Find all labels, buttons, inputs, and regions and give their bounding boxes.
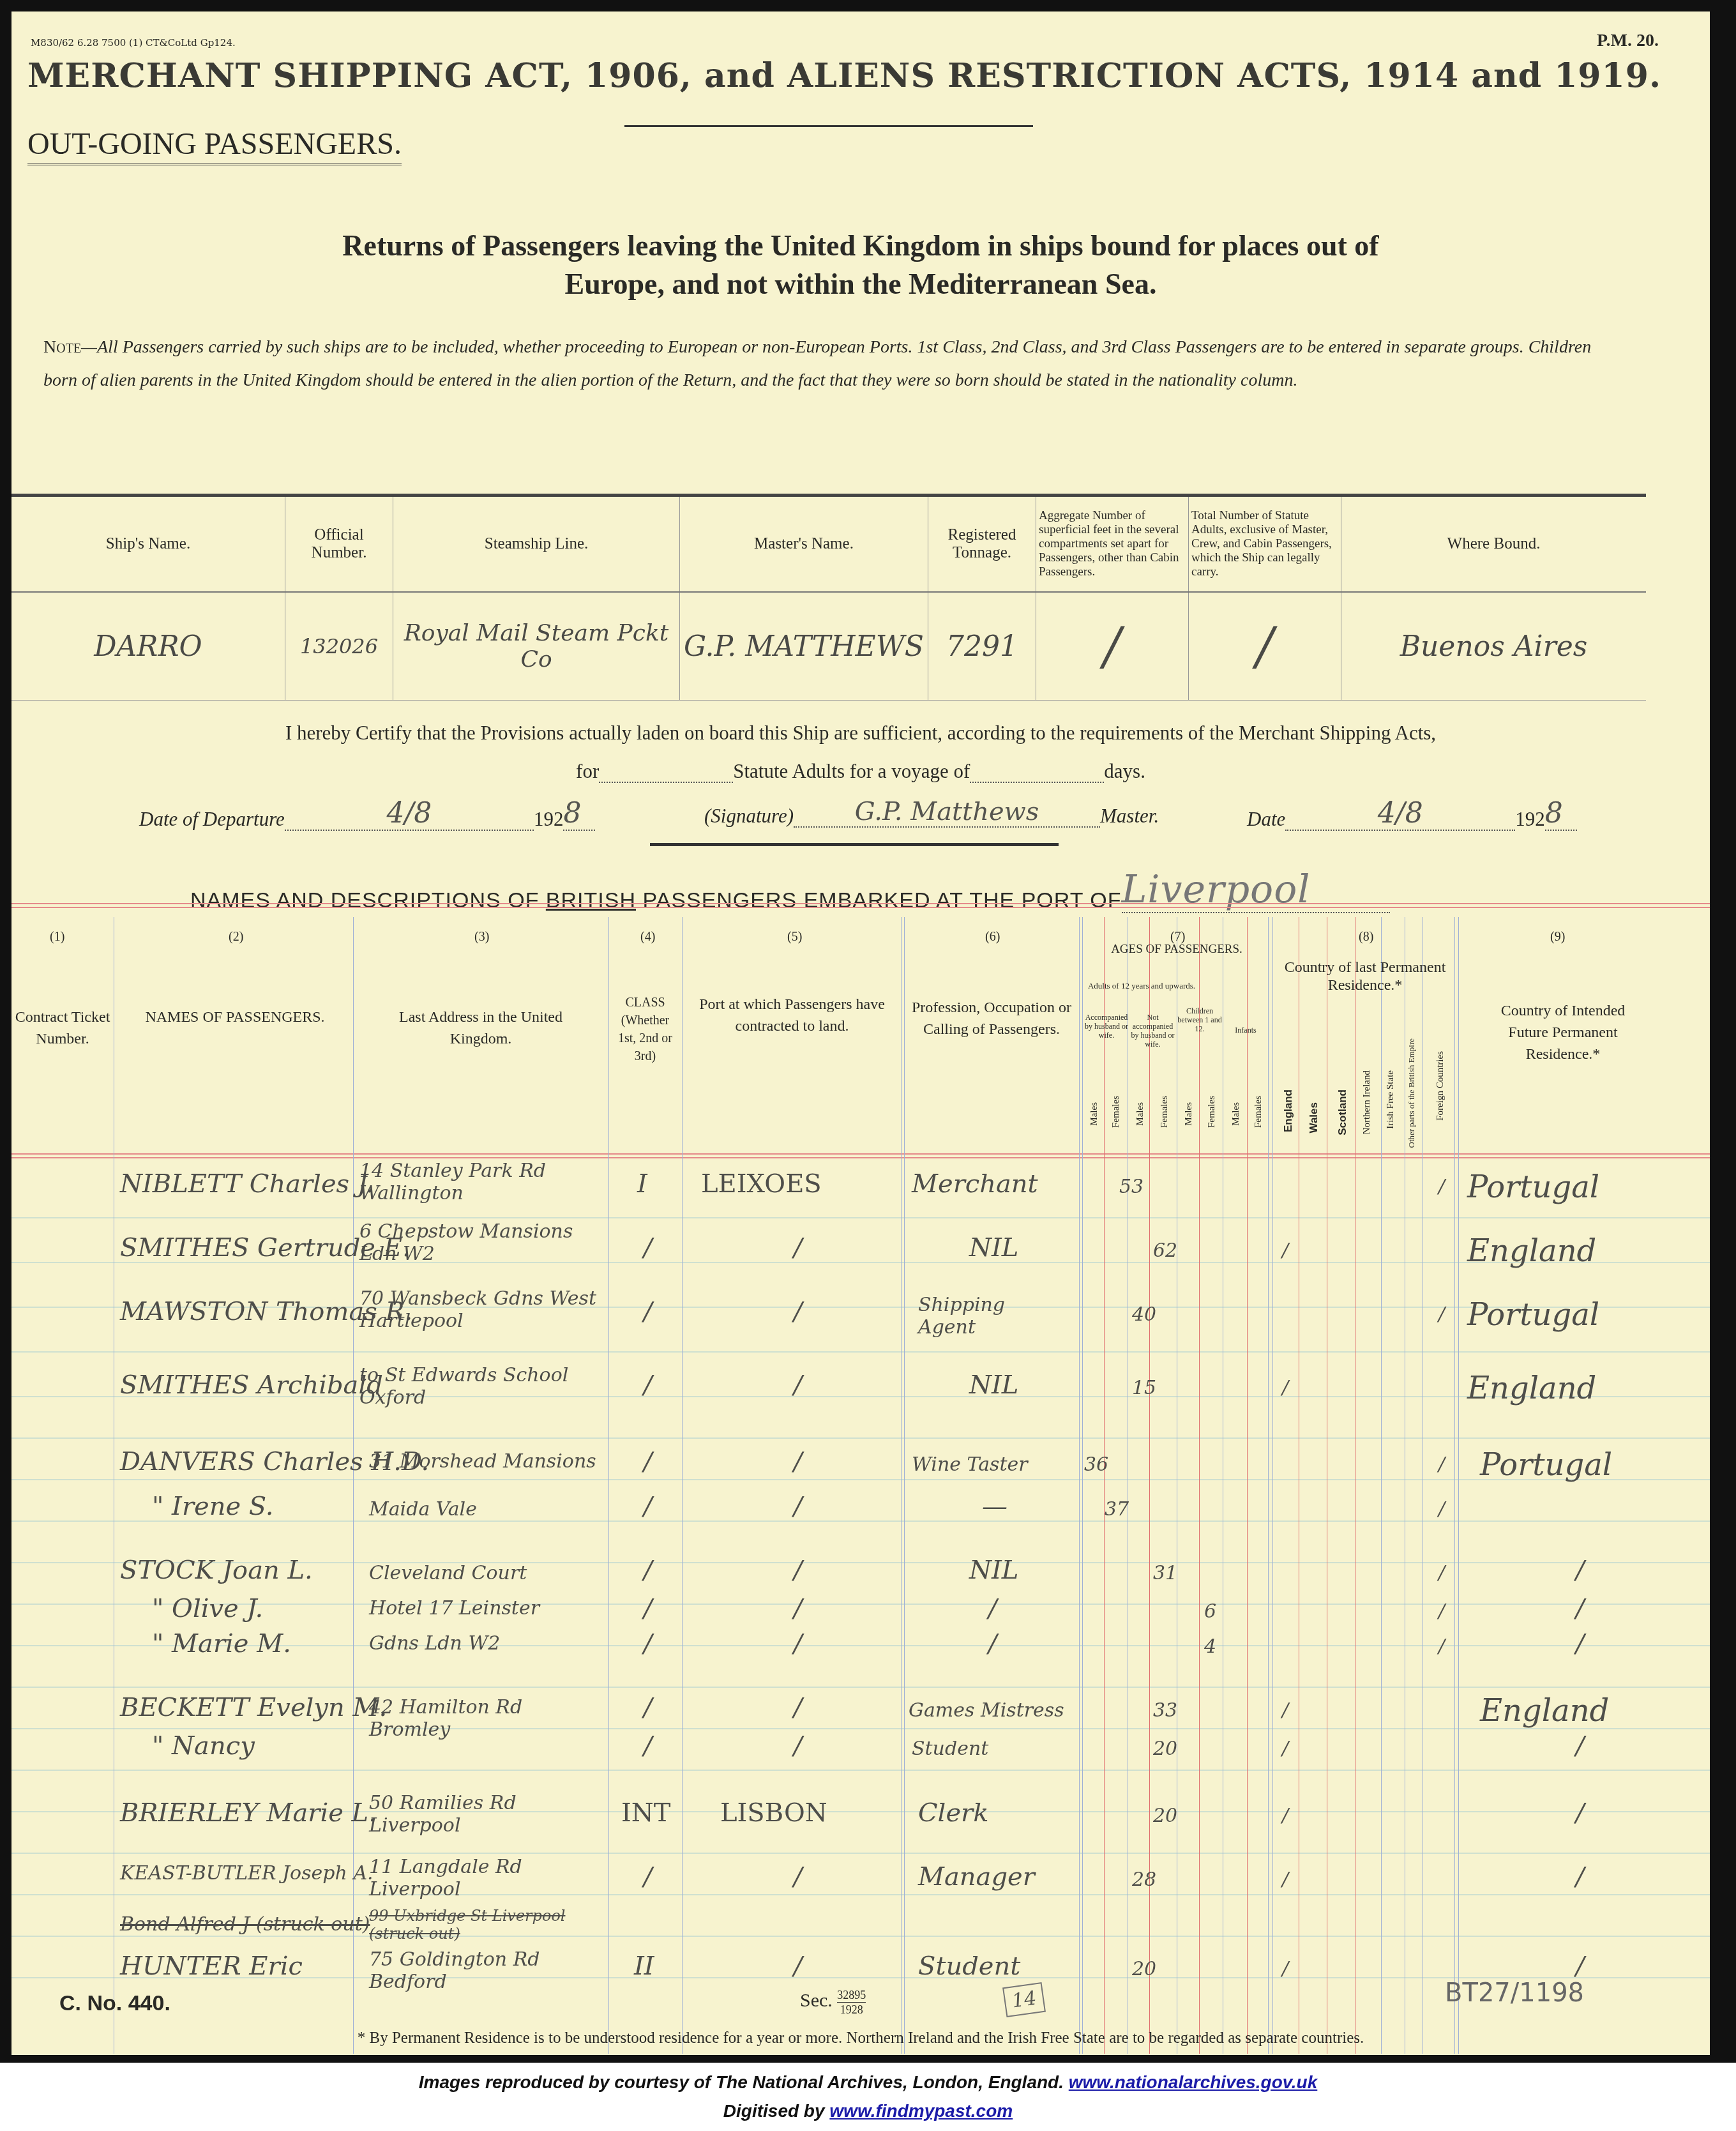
certification-date: Date4/81928 (1247, 797, 1577, 831)
divider-rule (650, 843, 1059, 846)
section-heading: OUT-GOING PASSENGERS. (27, 126, 402, 165)
certification-date-value: 4/8 (1285, 797, 1515, 831)
hdr-where-bound: Where Bound. (1341, 496, 1647, 593)
footnote: * By Permanent Residence is to be unders… (11, 2029, 1710, 2047)
note-paragraph: Note—All Passengers carried by such ship… (43, 331, 1627, 397)
total-adults-value: / (1189, 592, 1341, 701)
c-number: C. No. 440. (59, 1991, 170, 2016)
col-port-landing: Port at which Passengers have contracted… (688, 994, 896, 1037)
departure-date: Date of Departure4/81928 (139, 797, 595, 831)
certificate-provisions: forStatute Adults for a voyage ofdays. (11, 760, 1710, 783)
col-last-address: Last Address in the United Kingdom. (369, 1006, 593, 1050)
red-rule-top-2 (11, 907, 1710, 908)
col-ages-adults: Adults of 12 years and upwards. (1084, 981, 1199, 991)
archive-reference: BT27/1198 (1445, 1978, 1584, 2008)
hdr-official-number: Official Number. (285, 496, 393, 593)
col-last-residence: Country of last Permanent Residence.* (1276, 959, 1454, 994)
document-title: MERCHANT SHIPPING ACT, 1906, and ALIENS … (27, 56, 1687, 95)
signature-value: G.P. Matthews (794, 797, 1100, 828)
boxed-page-number: 14 (1002, 1982, 1046, 2017)
hdr-total-statute-adults: Total Number of Statute Adults, exclusiv… (1189, 496, 1341, 593)
note-label: Note (43, 337, 81, 357)
ship-details-table: Ship's Name. Official Number. Steamship … (11, 494, 1646, 701)
official-number-value: 132026 (285, 592, 393, 701)
col-class: CLASS (Whether 1st, 2nd or 3rd) (612, 994, 679, 1065)
passenger-register: (1) (2) (3) (4) (5) (6) (7) (8) (9) Cont… (11, 917, 1710, 2054)
section-reference: Sec. 328951928 (800, 1988, 866, 2017)
col-contract-ticket: Contract Ticket Number. (15, 1006, 110, 1050)
departure-date-value: 4/8 (285, 797, 534, 831)
col-ages-not-accompanied: Not accompanied by husband or wife. (1129, 1013, 1177, 1049)
hdr-master-name: Master's Name. (680, 496, 928, 593)
hdr-aggregate-feet: Aggregate Number of superficial feet in … (1036, 496, 1189, 593)
hdr-tonnage: Registered Tonnage. (928, 496, 1036, 593)
print-code: M830/62 6.28 7500 (1) CT&CoLtd Gp124. (31, 37, 236, 49)
hdr-ship-name: Ship's Name. (11, 496, 285, 593)
steamship-line-value: Royal Mail Steam Pckt Co (393, 592, 680, 701)
col-ages-accompanied: Accompanied by husband or wife. (1084, 1013, 1129, 1040)
title-rule (624, 125, 1033, 127)
subtitle-line-1: Returns of Passengers leaving the United… (11, 229, 1710, 262)
credit-line-1: Images reproduced by courtesy of The Nat… (0, 2072, 1736, 2093)
col-names: NAMES OF PASSENGERS. (139, 1006, 331, 1028)
col-ages: AGES OF PASSENGERS. (1084, 943, 1269, 957)
hdr-steamship-line: Steamship Line. (393, 496, 680, 593)
where-bound-value: Buenos Aires (1341, 592, 1647, 701)
findmypast-link[interactable]: www.findmypast.com (829, 2101, 1013, 2121)
note-text: —All Passengers carried by such ships ar… (43, 337, 1591, 390)
national-archives-link[interactable]: www.nationalarchives.gov.uk (1069, 2072, 1318, 2092)
red-rule-top (11, 903, 1710, 904)
credit-line-2: Digitised by www.findmypast.com (0, 2101, 1736, 2121)
ship-name-value: DARRO (11, 592, 285, 701)
tonnage-value: 7291 (928, 592, 1036, 701)
master-name-value: G.P. MATTHEWS (680, 592, 928, 701)
form-number: P.M. 20. (1597, 31, 1659, 51)
col-ages-infants: Infants (1223, 1019, 1269, 1041)
col-ages-children: Children between 1 and 12. (1177, 1006, 1223, 1033)
document-page: M830/62 6.28 7500 (1) CT&CoLtd Gp124. P.… (11, 11, 1710, 2055)
col-occupation: Profession, Occupation or Calling of Pas… (909, 997, 1075, 1040)
certificate-line: I hereby Certify that the Provisions act… (11, 722, 1710, 745)
aggregate-value: / (1036, 592, 1189, 701)
british-label: BRITISH (546, 888, 636, 913)
master-signature: (Signature)G.P. MatthewsMaster. (704, 797, 1159, 828)
subtitle-line-2: Europe, and not within the Mediterranean… (11, 267, 1710, 301)
col-future-residence: Country of Intended Future Permanent Res… (1480, 1000, 1646, 1065)
